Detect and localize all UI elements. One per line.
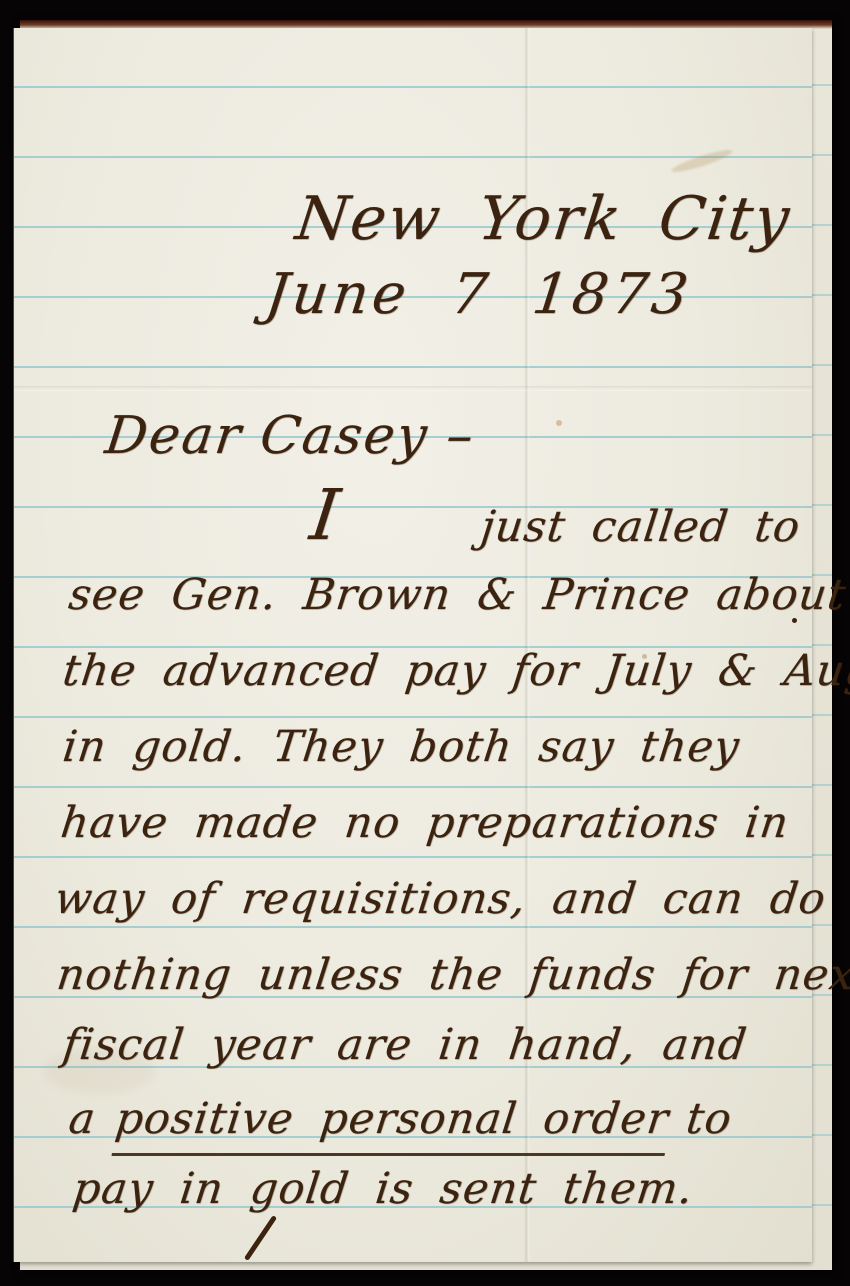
fold-crease-horizontal (14, 386, 812, 392)
letter-body-line: have made no preparations in (58, 798, 792, 848)
letter-line-date: June 7 1873 (262, 262, 695, 327)
letter-closing-line: pay in gold is sent them. (70, 1164, 696, 1214)
letter-body-line: nothing unless the funds for next (54, 950, 850, 1000)
letter-salutation: Dear Casey – (102, 406, 478, 466)
letter-photograph: New York City June 7 1873 Dear Casey – I… (0, 0, 850, 1286)
letter-body-line: fiscal year are in hand, and (60, 1020, 750, 1070)
foxing-stain (556, 420, 562, 426)
letter-opening-phrase: just called to (478, 502, 803, 552)
letter-line-place: New York City (292, 184, 795, 254)
emphasis-post: to (684, 1094, 735, 1144)
emphasis-underlined-phrase: positive personal order (111, 1094, 672, 1156)
letter-body-line: in gold. They both say they (60, 722, 743, 772)
emphasis-pre: a (66, 1094, 99, 1144)
letter-body-line: the advanced pay for July & Aug. (60, 646, 850, 696)
letter-body-line: way of requisitions, and can do (52, 874, 829, 924)
letter-emphasis-line: apositive personal orderto (66, 1094, 735, 1144)
letter-body-line: see Gen. Brown & Prince about (66, 570, 849, 620)
ink-speck (792, 618, 797, 623)
